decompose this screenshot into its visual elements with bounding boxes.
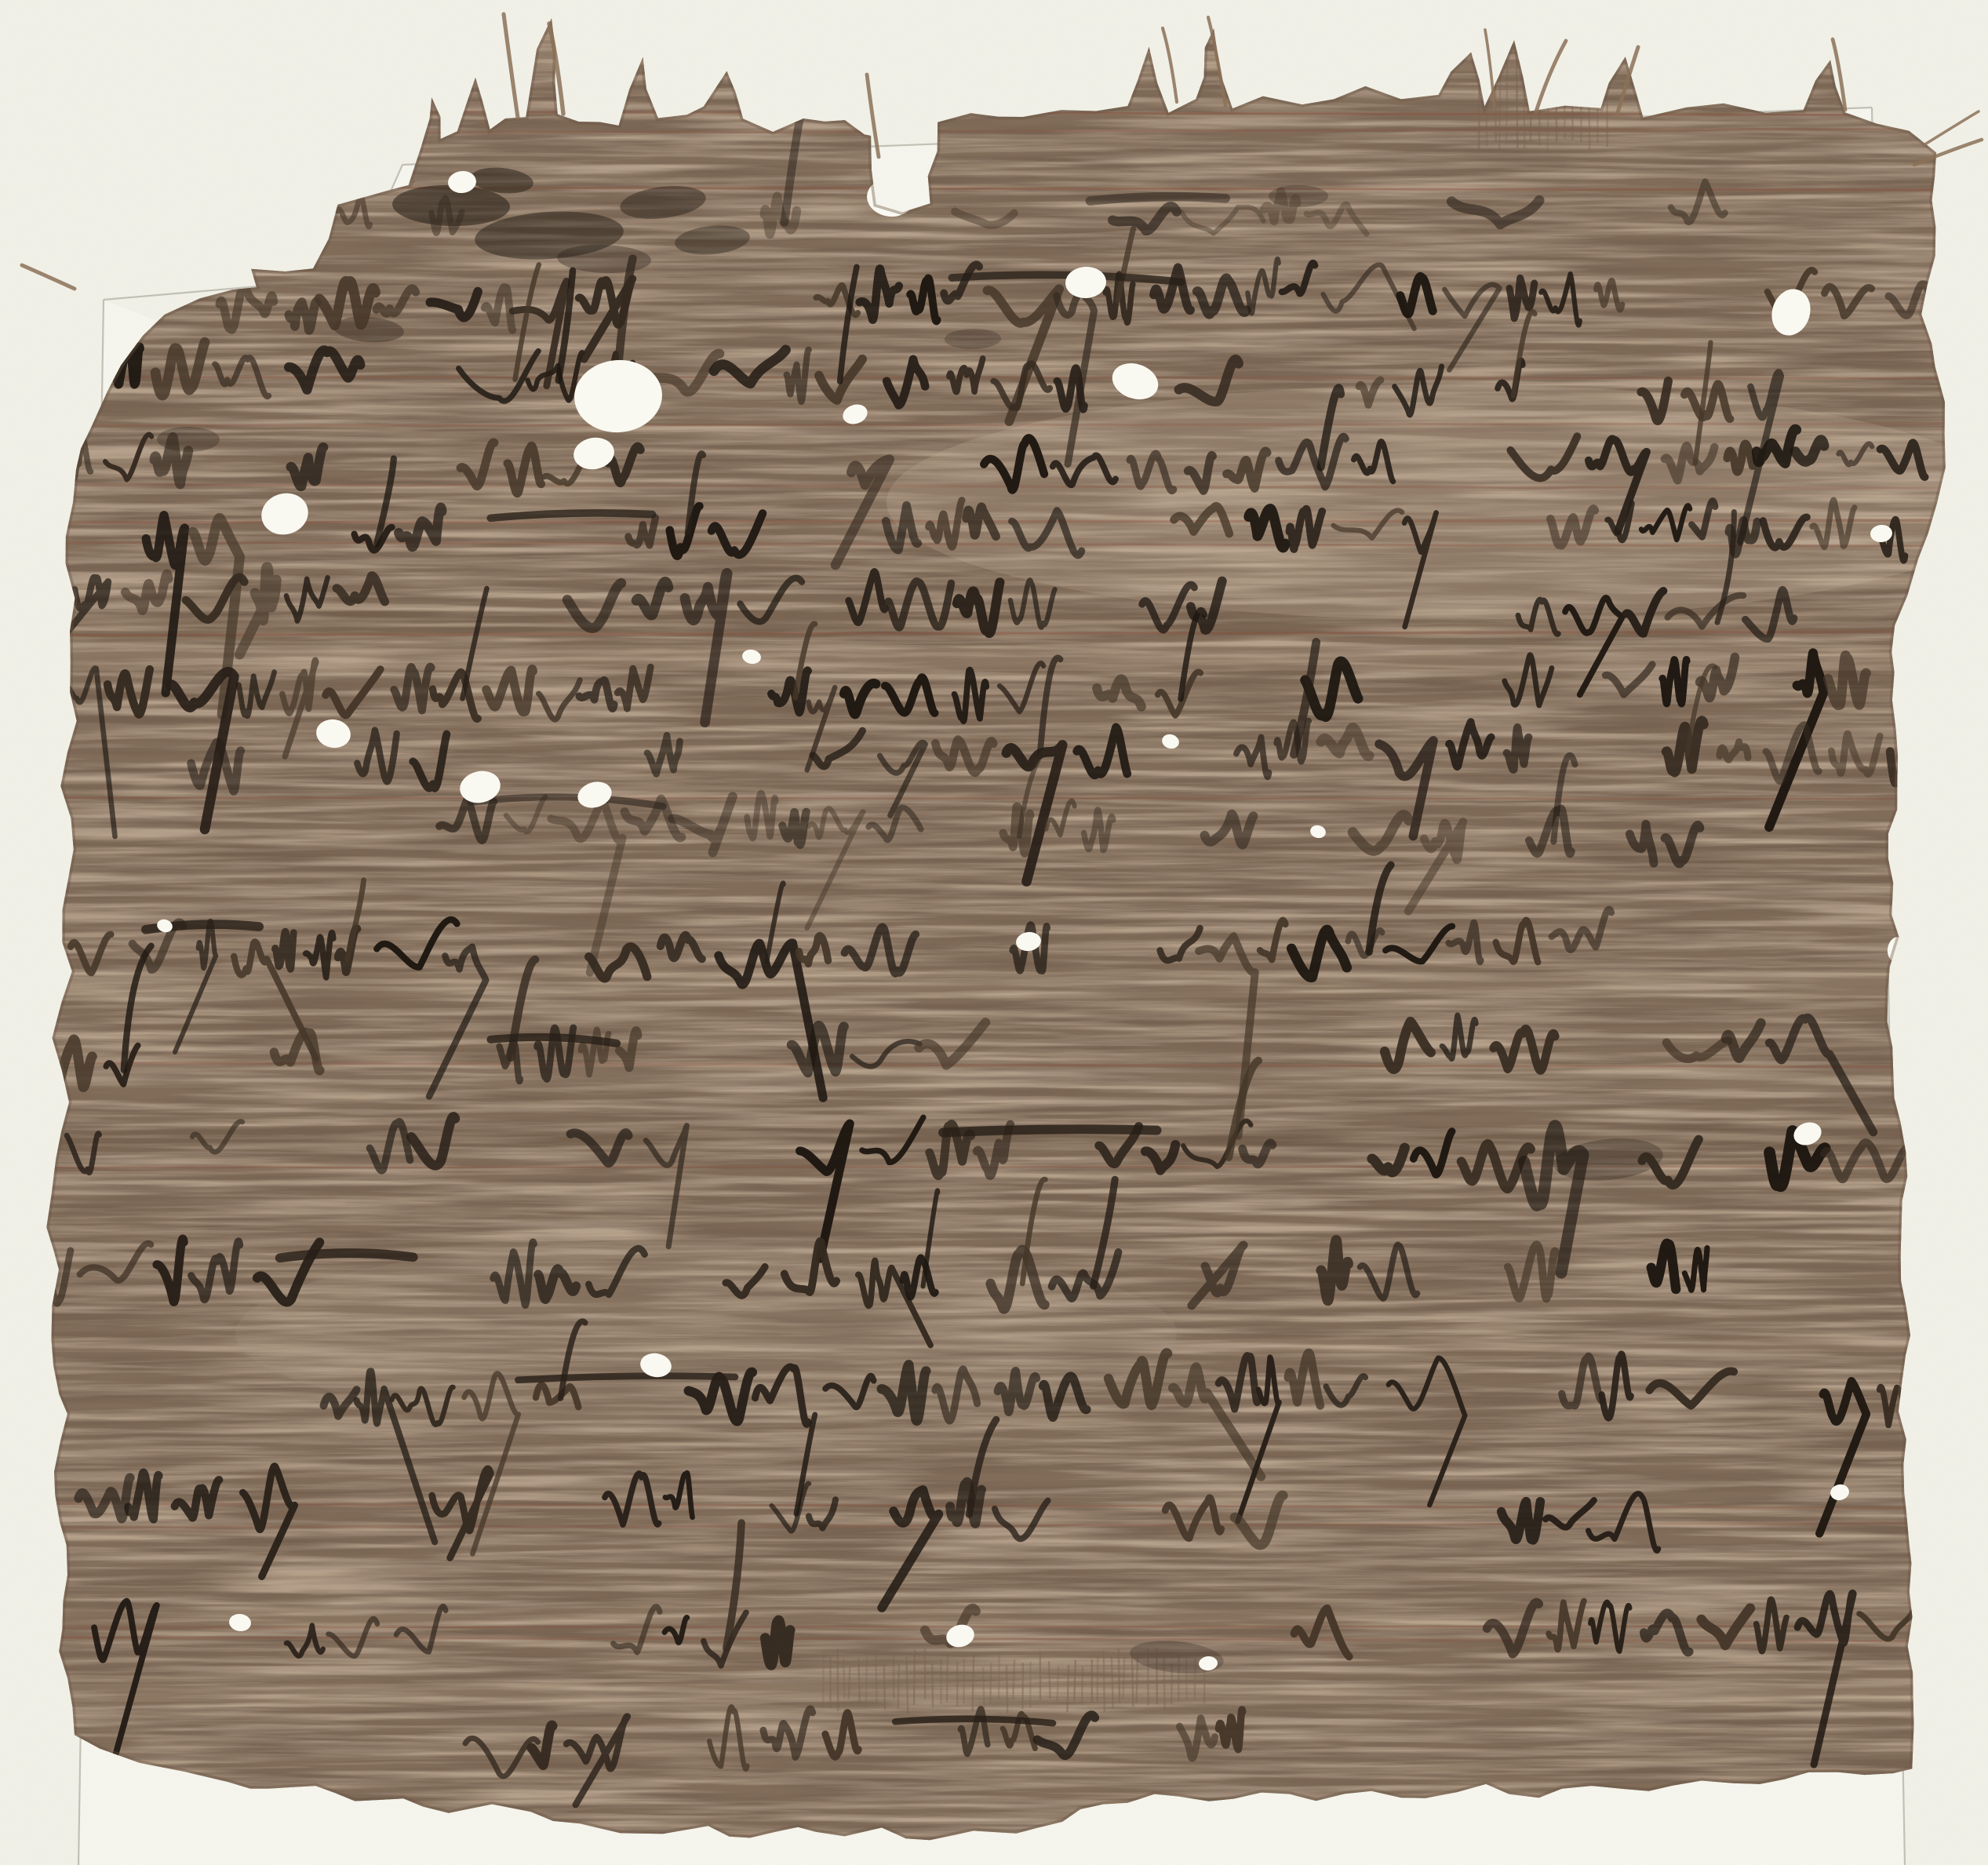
red-fiber-streak (31, 798, 1941, 799)
ink-stroke (1090, 197, 1225, 201)
vertical-fiber-comb (1007, 1666, 1007, 1714)
vertical-fiber-comb (983, 1667, 984, 1710)
vertical-fiber-comb (1132, 1651, 1134, 1707)
vertical-fiber-comb (914, 1650, 915, 1705)
papyrus-fiber-dark (0, 0, 1988, 1865)
fiber-band (0, 1684, 1988, 1702)
vertical-fiber-comb (898, 1663, 899, 1709)
vertical-fiber-comb (1082, 1666, 1083, 1705)
vertical-fiber-comb (973, 1653, 974, 1712)
red-fiber-streak (31, 377, 1941, 378)
vertical-fiber-comb (1074, 1660, 1075, 1701)
vertical-fiber-comb (1098, 1655, 1098, 1702)
ink-stroke (943, 1129, 1156, 1132)
faded-band (887, 384, 1988, 620)
vertical-fiber-comb (1104, 1651, 1105, 1713)
vertical-fiber-comb (866, 1654, 867, 1707)
vertical-fiber-comb (876, 1653, 876, 1703)
fiber-band (0, 645, 1988, 671)
vertical-fiber-comb (1067, 1665, 1069, 1713)
papyrus-photo (0, 0, 1988, 1865)
vertical-fiber-comb (843, 1659, 844, 1699)
vertical-fiber-comb (990, 1663, 991, 1703)
vertical-fiber-comb (1022, 1663, 1023, 1709)
vertical-fiber-comb (849, 1666, 850, 1699)
vertical-fiber-comb (947, 1654, 948, 1703)
papyrus-scene (0, 0, 1988, 1865)
papyrus-fragment (0, 0, 1988, 1865)
vertical-fiber-comb (1049, 1661, 1050, 1699)
vertical-fiber-comb (823, 1651, 824, 1707)
fiber-band (0, 972, 1988, 998)
ink-stroke (518, 1376, 735, 1380)
vertical-fiber-comb (1058, 1666, 1059, 1702)
vertical-fiber-comb (932, 1663, 933, 1707)
vertical-fiber-comb (1119, 1649, 1120, 1703)
vertical-fiber-comb (1506, 53, 1507, 145)
vertical-fiber-comb (858, 1659, 859, 1703)
ink-stroke (280, 1253, 413, 1258)
vertical-fiber-comb (884, 1664, 885, 1710)
